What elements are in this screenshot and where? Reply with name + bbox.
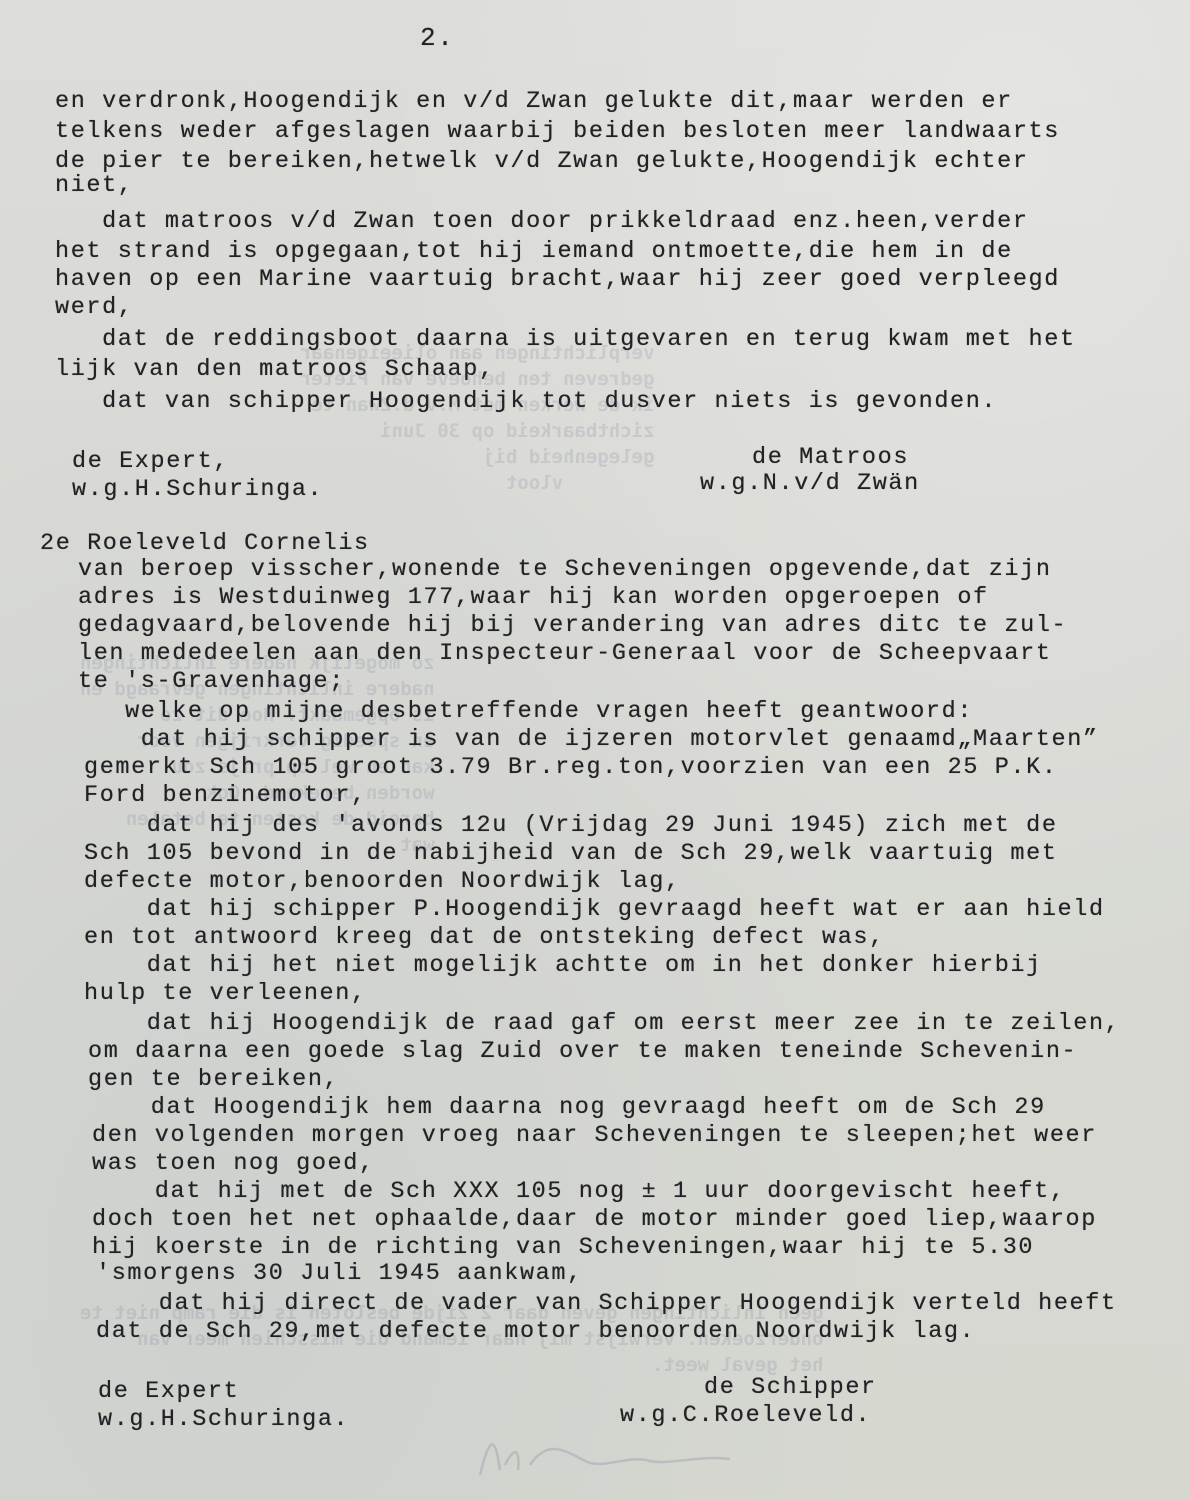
text-line: en tot antwoord kreeg dat de ontsteking … xyxy=(84,924,885,952)
text-line: de pier te bereiken,hetwelk v/d Zwan gel… xyxy=(55,148,1029,176)
text-line: dat hij schipper P.Hoogendijk gevraagd h… xyxy=(84,896,1105,924)
text-line: doch toen het net ophaalde,daar de motor… xyxy=(92,1206,1097,1234)
witness-heading: 2e Roeleveld Cornelis xyxy=(40,530,370,558)
text-line: dat hij Hoogendijk de raad gaf om eerst … xyxy=(84,1010,1120,1038)
text-line: haven op een Marine vaartuig bracht,waar… xyxy=(55,266,1060,294)
page-number: 2. xyxy=(420,24,454,52)
text-line: gemerkt Sch 105 groot 3.79 Br.reg.ton,vo… xyxy=(84,754,1058,782)
signature-name-expert: w.g.H.Schuringa. xyxy=(98,1406,349,1434)
text-line: len mededeelen aan den Inspecteur-Genera… xyxy=(78,640,1052,668)
text-line: niet, xyxy=(55,172,134,200)
handwritten-signature-icon xyxy=(470,1425,750,1485)
text-line: dat hij met de Sch XXX 105 nog ± 1 uur d… xyxy=(92,1178,1066,1206)
text-line: dat de reddingsboot daarna is uitgevaren… xyxy=(55,326,1076,354)
text-line: van beroep visscher,wonende te Schevenin… xyxy=(78,556,1052,584)
text-line: en verdronk,Hoogendijk en v/d Zwan geluk… xyxy=(55,88,1013,116)
text-line: het strand is opgegaan,tot hij iemand on… xyxy=(55,238,1013,266)
signature-title-expert: de Expert, xyxy=(72,448,229,476)
text-line: dat de Sch 29,met defecte motor benoorde… xyxy=(96,1318,975,1346)
document-page: verplichtingen aan olieeigenaar gedreven… xyxy=(0,0,1190,1500)
text-line: gedagvaard,belovende hij bij verandering… xyxy=(78,612,1067,640)
text-line: telkens weder afgeslagen waarbij beiden … xyxy=(55,118,1060,146)
text-line: hulp te verleenen, xyxy=(84,980,367,1008)
signature-name-expert: w.g.H.Schuringa. xyxy=(72,476,323,504)
text-line: Ford benzinemotor, xyxy=(84,782,367,810)
signature-title-matroos: de Matroos xyxy=(752,444,909,472)
text-line: dat hij des 'avonds 12u (Vrijdag 29 Juni… xyxy=(84,812,1058,840)
text-line: Sch 105 bevond in de nabijheid van de Sc… xyxy=(84,840,1058,868)
text-line: welke op mijne desbetreffende vragen hee… xyxy=(78,698,973,726)
text-line: werd, xyxy=(55,294,134,322)
text-line: was toen nog goed, xyxy=(92,1150,375,1178)
text-line: hij koerste in de richting van Schevenin… xyxy=(92,1234,1034,1262)
text-line: te 's-Gravenhage; xyxy=(78,668,345,696)
signature-name-schipper: w.g.C.Roeleveld. xyxy=(620,1402,871,1430)
text-line: dat van schipper Hoogendijk tot dusver n… xyxy=(55,388,997,416)
signature-name-matroos: w.g.N.v/d Zwän xyxy=(700,470,920,498)
text-line: dat hij direct de vader van Schipper Hoo… xyxy=(96,1290,1117,1318)
text-line: dat matroos v/d Zwan toen door prikkeldr… xyxy=(55,208,1029,236)
text-line: 'smorgens 30 Juli 1945 aankwam, xyxy=(96,1260,583,1288)
text-line: om daarna een goede slag Zuid over te ma… xyxy=(88,1038,1077,1066)
text-line: gen te bereiken, xyxy=(88,1066,339,1094)
text-line: defecte motor,benoorden Noordwijk lag, xyxy=(84,868,681,896)
text-line: adres is Westduinweg 177,waar hij kan wo… xyxy=(78,584,989,612)
text-line: den volgenden morgen vroeg naar Scheveni… xyxy=(92,1122,1097,1150)
signature-title-schipper: de Schipper xyxy=(704,1374,877,1402)
text-line: dat hij schipper is van de ijzeren motor… xyxy=(78,726,1099,754)
text-line: dat hij het niet mogelijk achtte om in h… xyxy=(84,952,1042,980)
signature-title-expert: de Expert xyxy=(98,1378,239,1406)
text-line: lijk van den matroos Schaap, xyxy=(55,356,495,384)
text-line: dat Hoogendijk hem daarna nog gevraagd h… xyxy=(88,1094,1046,1122)
